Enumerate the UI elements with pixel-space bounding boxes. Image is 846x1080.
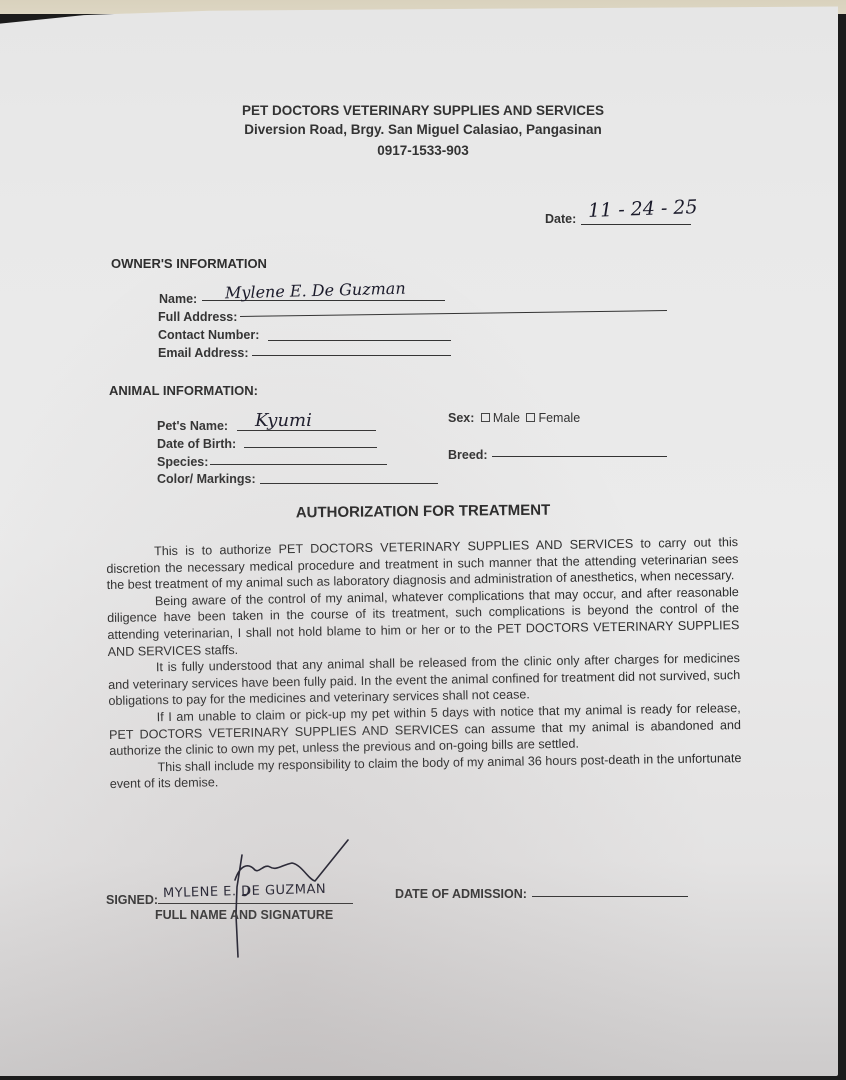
company-name: PET DOCTORS VETERINARY SUPPLIES AND SERV…: [0, 103, 846, 118]
owner-name-label: Name:: [159, 292, 197, 306]
owner-section-title: OWNER'S INFORMATION: [111, 256, 267, 271]
pet-name-value: Kyumi: [255, 410, 312, 431]
company-phone: 0917-1533-903: [0, 143, 846, 158]
breed-label: Breed:: [448, 448, 488, 462]
authorization-title: AUTHORIZATION FOR TREATMENT: [0, 499, 846, 525]
owner-contact-field[interactable]: [268, 340, 451, 341]
breed-field[interactable]: [492, 456, 667, 457]
owner-contact-label: Contact Number:: [158, 328, 259, 342]
owner-address-field[interactable]: [240, 310, 667, 317]
color-markings-field[interactable]: [260, 483, 438, 484]
sex-male-checkbox[interactable]: [481, 413, 490, 422]
signed-label: SIGNED:: [106, 893, 158, 907]
animal-section-title: ANIMAL INFORMATION:: [109, 383, 258, 398]
authorization-body: This is to authorize PET DOCTORS VETERIN…: [106, 534, 742, 793]
owner-email-field[interactable]: [252, 355, 451, 356]
species-label: Species:: [157, 455, 208, 469]
form-sheet: PET DOCTORS VETERINARY SUPPLIES AND SERV…: [0, 0, 838, 1076]
owner-name-value: Mylene E. De Guzman: [225, 279, 406, 303]
date-field[interactable]: [581, 224, 691, 225]
pet-name-label: Pet's Name:: [157, 419, 228, 433]
date-label: Date:: [545, 212, 576, 226]
sex-field: Sex: Male Female: [448, 411, 580, 425]
date-value: 11 - 24 - 25: [588, 196, 698, 222]
species-field[interactable]: [210, 464, 387, 465]
sex-female-option: Female: [538, 411, 580, 425]
sex-label: Sex:: [448, 411, 474, 425]
color-markings-label: Color/ Markings:: [157, 472, 256, 486]
owner-address-label: Full Address:: [158, 310, 237, 324]
dob-label: Date of Birth:: [157, 437, 236, 451]
dob-field[interactable]: [244, 447, 377, 448]
company-address: Diversion Road, Brgy. San Miguel Calasia…: [0, 122, 846, 137]
admission-date-label: DATE OF ADMISSION:: [395, 887, 527, 901]
authorization-paragraph: Being aware of the control of my animal,…: [107, 584, 740, 660]
sex-female-checkbox[interactable]: [526, 413, 535, 422]
sex-male-option: Male: [493, 411, 520, 425]
owner-email-label: Email Address:: [158, 346, 249, 360]
signature-scribble-icon: [220, 835, 360, 960]
admission-date-field[interactable]: [532, 896, 688, 897]
signature-caption: FULL NAME AND SIGNATURE: [155, 908, 333, 922]
